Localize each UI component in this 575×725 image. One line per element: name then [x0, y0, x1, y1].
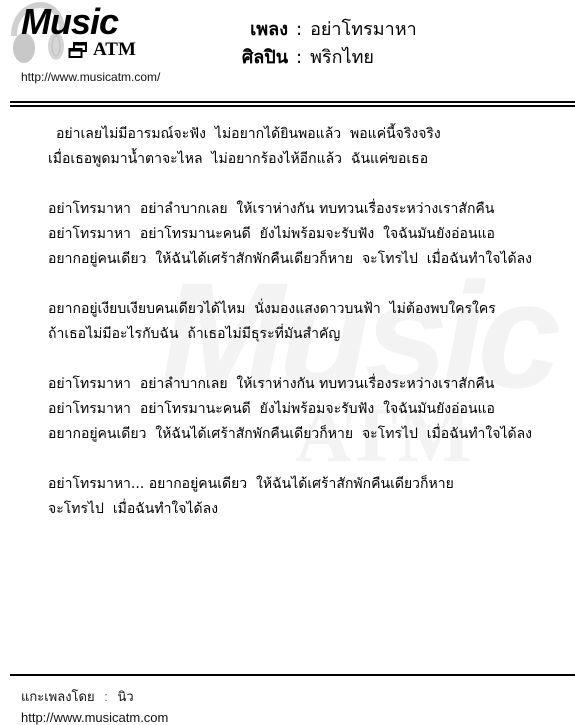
site-logo[interactable]: Music ATM http://www.musicatm.com/ — [0, 0, 200, 90]
lyric-line: จะโทรไป เมื่อฉันทำใจได้ลง — [48, 497, 568, 522]
lyric-line: อย่าโทรมาหา... อยากอยู่คนเดียว ให้ฉันได้… — [48, 472, 568, 497]
logo-wordmark: Music — [21, 2, 118, 42]
song-title-row: เพลง : อย่าโทรมาหา — [236, 14, 417, 42]
song-separator: : — [296, 19, 302, 40]
logo-atm: ATM — [68, 40, 136, 60]
transcriber-credit: แกะเพลงโดย : นิว — [21, 686, 168, 707]
header-divider — [10, 101, 575, 107]
logo-atm-text: ATM — [93, 40, 136, 60]
footer-url-link[interactable]: http://www.musicatm.com — [21, 707, 168, 725]
lyric-line: อย่าโทรมาหา อย่าลำบากเลย ให้เราห่างกัน ท… — [48, 197, 568, 222]
lyric-line: ถ้าเธอไม่มีอะไรกับฉัน ถ้าเธอไม่มีธุระที่… — [48, 322, 568, 347]
transcriber-name: นิว — [117, 689, 133, 704]
stanza: อย่าโทรมาหา... อยากอยู่คนเดียว ให้ฉันได้… — [48, 472, 568, 522]
footer: แกะเพลงโดย : นิว http://www.musicatm.com — [21, 686, 168, 725]
lyric-line: อย่าโทรมาหา อย่าโทรมานะคนดี ยังไม่พร้อมจ… — [48, 222, 568, 247]
lyric-line: อยากอยู่คนเดียว ให้ฉันได้เศร้าสักพักคืนเ… — [48, 422, 568, 447]
transcriber-separator: : — [104, 689, 108, 704]
stanza: อย่าโทรมาหา อย่าลำบากเลย ให้เราห่างกัน ท… — [48, 372, 568, 447]
song-label: เพลง — [236, 14, 288, 43]
windows-icon — [68, 42, 88, 58]
lyric-line: อยากอยู่คนเดียว ให้ฉันได้เศร้าสักพักคืนเ… — [48, 247, 568, 272]
lyric-line: อย่าเลยไม่มีอารมณ์จะฟัง ไม่อยากได้ยินพอแ… — [48, 122, 568, 147]
logo-url-link[interactable]: http://www.musicatm.com/ — [21, 70, 160, 84]
lyrics-page: Music ATM http://www.musicatm.com/ เพลง … — [0, 0, 575, 725]
stanza: อยากอยู่เงียบเงียบคนเดียวได้ไหม นั่งมองแ… — [48, 297, 568, 347]
transcriber-label: แกะเพลงโดย — [21, 689, 95, 704]
lyric-line: อยากอยู่เงียบเงียบคนเดียวได้ไหม นั่งมองแ… — [48, 297, 568, 322]
song-title: อย่าโทรมาหา — [310, 14, 417, 43]
lyrics-body: อย่าเลยไม่มีอารมณ์จะฟัง ไม่อยากได้ยินพอแ… — [48, 122, 568, 547]
artist-separator: : — [296, 47, 302, 68]
lyric-line: เมื่อเธอพูดมาน้ำตาจะไหล ไม่อยากร้องไห้อี… — [48, 147, 568, 172]
footer-divider — [10, 674, 575, 676]
song-info: เพลง : อย่าโทรมาหา ศิลปิน : พริกไทย — [236, 14, 417, 70]
lyric-line: อย่าโทรมาหา อย่าโทรมานะคนดี ยังไม่พร้อมจ… — [48, 397, 568, 422]
stanza: อย่าเลยไม่มีอารมณ์จะฟัง ไม่อยากได้ยินพอแ… — [48, 122, 568, 172]
lyric-line: อย่าโทรมาหา อย่าลำบากเลย ให้เราห่างกัน ท… — [48, 372, 568, 397]
artist-name: พริกไทย — [310, 42, 374, 71]
artist-row: ศิลปิน : พริกไทย — [236, 42, 417, 70]
artist-label: ศิลปิน — [236, 42, 288, 71]
stanza: อย่าโทรมาหา อย่าลำบากเลย ให้เราห่างกัน ท… — [48, 197, 568, 272]
